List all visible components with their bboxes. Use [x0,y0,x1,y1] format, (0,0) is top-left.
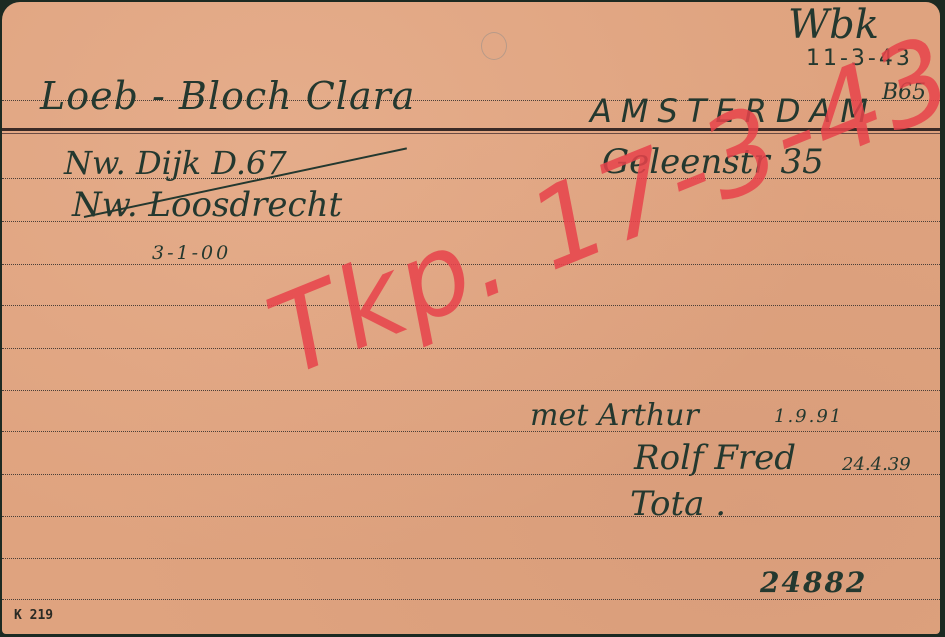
family-member-1-date: 1.9.91 [774,406,843,427]
pencil-circle-mark [481,32,507,60]
ruled-line [2,474,940,475]
ruled-line [2,390,940,391]
ruled-line [2,599,940,600]
person-name: Loeb - Bloch Clara [40,74,415,118]
red-transport-annotation: Tkp. 17-3-43 [252,11,940,401]
ruled-line [2,431,940,432]
family-member-2-date: 24.4.39 [842,454,911,475]
origin-line-1: Nw. Dijk D.67 [64,144,287,182]
ruled-line [2,558,940,559]
family-member-3: Tota . [630,484,726,524]
ruled-line [2,516,940,517]
family-member-1: met Arthur [530,398,699,433]
birth-date: 3-1-00 [152,242,231,264]
form-code: K 219 [14,608,53,623]
family-member-2: Rolf Fred [634,438,796,478]
index-card: Loeb - Bloch Clara AMSTERDAM Wbk 11-3-43… [2,2,940,634]
ruled-line [2,348,940,349]
card-number: 24882 [760,566,867,599]
